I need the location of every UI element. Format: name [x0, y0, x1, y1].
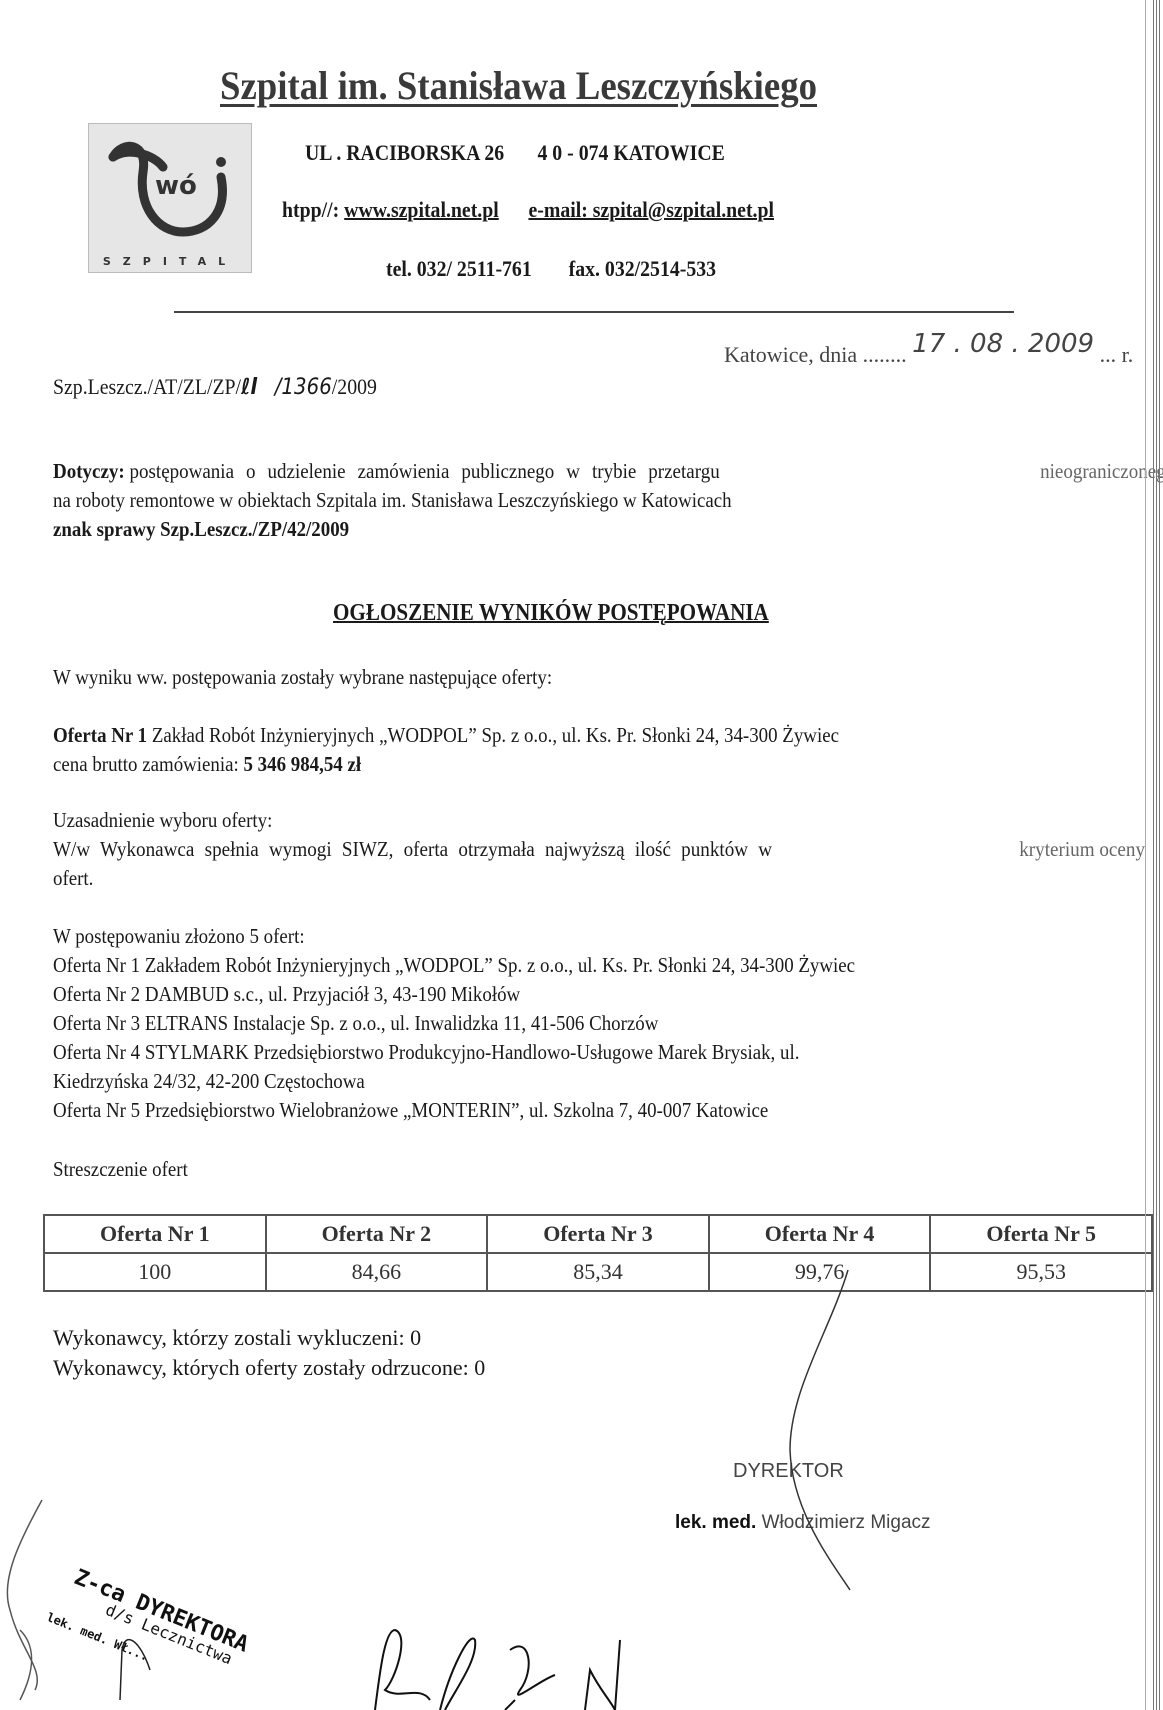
reference-handwritten-mark: ℓl	[241, 375, 257, 400]
list-item: Oferta Nr 4 STYLMARK Przedsiębiorstwo Pr…	[53, 1038, 855, 1067]
subject-label: Dotyczy:	[53, 459, 125, 483]
price-label: cena brutto zamówienia:	[53, 752, 239, 776]
reference-year: /2009	[332, 374, 377, 399]
date-dots: ........	[863, 342, 907, 367]
postal-city: 4 0 - 074 KATOWICE	[537, 140, 724, 165]
intro-text: W wyniku ww. postępowania zostały wybran…	[53, 663, 552, 692]
subject-line-1: Dotyczy: postępowania o udzielenie zamów…	[53, 457, 1163, 486]
announcement-heading: OGŁOSZENIE WYNIKÓW POSTĘPOWANIA	[333, 600, 769, 627]
twoj-logo-icon: wó	[103, 132, 239, 250]
reference-number: Szp.Leszcz./AT/ZL/ZP/ℓl /1366/2009	[53, 372, 377, 402]
hospital-logo: wó SZPITAL	[88, 123, 252, 273]
offers-list: W postępowaniu złożono 5 ofert: Oferta N…	[53, 922, 855, 1125]
contact-web-line: htpp//: www.szpital.net.pl e-mail: szpit…	[282, 197, 774, 223]
street-address: UL . RACIBORSKA 26	[305, 140, 504, 165]
justification-text-gray: kryterium oceny	[1019, 835, 1145, 864]
phone-line: tel. 032/ 2511-761 fax. 032/2514-533	[386, 256, 716, 282]
header-divider	[174, 311, 1014, 313]
logo-text: SZPITAL	[95, 255, 245, 268]
scan-edge-lines	[1141, 0, 1163, 1710]
date-label: Katowice, dnia	[724, 342, 857, 367]
list-item: Oferta Nr 1 Zakładem Robót Inżynieryjnyc…	[53, 951, 855, 980]
web-prefix: htpp//:	[282, 197, 339, 222]
fax: fax. 032/2514-533	[569, 256, 716, 281]
list-item: Oferta Nr 2 DAMBUD s.c., ul. Przyjaciół …	[53, 980, 855, 1009]
email-link[interactable]: e-mail: szpital@szpital.net.pl	[528, 197, 774, 222]
selected-offer: Oferta Nr 1 Zakład Robót Inżynieryjnych …	[53, 721, 839, 779]
justification-line: W/w Wykonawca spełnia wymogi SIWZ, ofert…	[53, 835, 1145, 864]
subject-text: postępowania o udzielenie zamówienia pub…	[130, 459, 720, 483]
reference-handwritten-number: /1366	[275, 375, 332, 400]
offers-list-label: W postępowaniu złożono 5 ofert:	[53, 922, 855, 951]
justification-block: Uzasadnienie wyboru oferty: W/w Wykonawc…	[53, 806, 1163, 893]
case-number: znak sprawy Szp.Leszcz./ZP/42/2009	[53, 515, 1163, 544]
date-line: Katowice, dnia ........ 17 . 08 . 2009 .…	[724, 340, 1133, 369]
list-item: Kiedrzyńska 24/32, 42-200 Częstochowa	[53, 1067, 855, 1096]
telephone: tel. 032/ 2511-761	[386, 256, 532, 281]
justification-text: W/w Wykonawca spełnia wymogi SIWZ, ofert…	[53, 835, 772, 864]
summary-label: Streszczenie ofert	[53, 1155, 188, 1184]
list-item: Oferta Nr 5 Przedsiębiorstwo Wielobranżo…	[53, 1096, 855, 1125]
handwritten-date: 17 . 08 . 2009	[912, 329, 1094, 359]
subject-block: Dotyczy: postępowania o udzielenie zamów…	[53, 457, 1163, 544]
list-item: Oferta Nr 3 ELTRANS Instalacje Sp. z o.o…	[53, 1009, 855, 1038]
website-link[interactable]: www.szpital.net.pl	[344, 197, 499, 222]
price-value: 5 346 984,54 zł	[244, 752, 362, 776]
subject-line-2: na roboty remontowe w obiektach Szpitala…	[53, 486, 1163, 515]
selected-offer-text: Zakład Robót Inżynieryjnych „WODPOL” Sp.…	[152, 723, 839, 747]
justification-end: ofert.	[53, 864, 1133, 893]
svg-text:wó: wó	[155, 171, 197, 201]
justification-label: Uzasadnienie wyboru oferty:	[53, 806, 1133, 835]
reference-prefix: Szp.Leszcz./AT/ZL/ZP/	[53, 374, 241, 399]
date-suffix: ... r.	[1100, 342, 1134, 367]
hospital-title: Szpital im. Stanisława Leszczyńskiego	[220, 62, 817, 109]
selected-offer-label: Oferta Nr 1	[53, 723, 147, 747]
address-line: UL . RACIBORSKA 26 4 0 - 074 KATOWICE	[305, 140, 725, 166]
